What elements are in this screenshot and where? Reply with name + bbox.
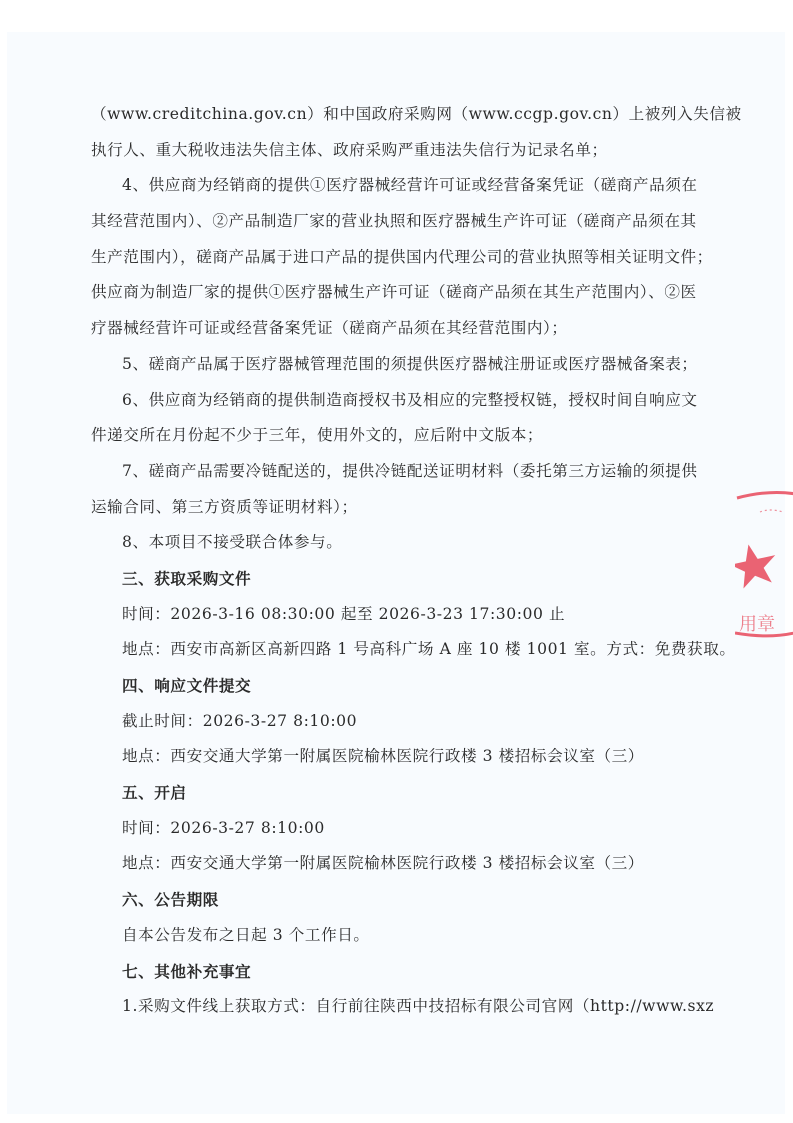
requirement-8: 8、本项目不接受联合体参与。 xyxy=(91,525,701,561)
section-heading-3: 三、获取采购文件 xyxy=(91,561,701,597)
doc-line-12: 运输合同、第三方资质等证明材料）； xyxy=(91,490,701,526)
requirement-6: 6、供应商为经销商的提供制造商授权书及相应的完整授权链，授权时间自响应文 xyxy=(91,383,701,419)
section-heading-7: 七、其他补充事宜 xyxy=(91,954,701,990)
section-heading-6: 六、公告期限 xyxy=(91,882,701,918)
doc-line-10: 件递交所在月份起不少于三年，使用外文的，应后附中文版本； xyxy=(91,418,701,454)
acquire-time: 时间：2026-3-16 08:30:00 起至 2026-3-23 17:30… xyxy=(91,597,701,633)
opening-location: 地点：西安交通大学第一附属医院榆林医院行政楼 3 楼招标会议室（三） xyxy=(91,846,701,882)
opening-time: 时间：2026-3-27 8:10:00 xyxy=(91,811,701,847)
acquire-location: 地点：西安市高新区高新四路 1 号高科广场 A 座 10 楼 1001 室。方式… xyxy=(91,632,701,668)
supplementary-item-1: 1.采购文件线上获取方式：自行前往陕西中技招标有限公司官网（http://www… xyxy=(91,989,701,1025)
submission-deadline: 截止时间：2026-3-27 8:10:00 xyxy=(91,704,701,740)
doc-line-6: 供应商为制造厂家的提供①医疗器械生产许可证（磋商产品须在其生产范围内）、②医 xyxy=(91,275,701,311)
doc-line-2: 执行人、重大税收违法失信主体、政府采购严重违法失信行为记录名单； xyxy=(91,133,701,169)
requirement-5: 5、磋商产品属于医疗器械管理范围的须提供医疗器械注册证或医疗器械备案表； xyxy=(91,347,701,383)
doc-line-1: （www.creditchina.gov.cn）和中国政府采购网（www.ccg… xyxy=(91,97,701,133)
doc-line-7: 疗器械经营许可证或经营备案凭证（磋商产品须在其经营范围内）； xyxy=(91,311,701,347)
requirement-4: 4、供应商为经销商的提供①医疗器械经营许可证或经营备案凭证（磋商产品须在 xyxy=(91,168,701,204)
notice-period: 自本公告发布之日起 3 个工作日。 xyxy=(91,918,701,954)
requirement-7: 7、磋商产品需要冷链配送的，提供冷链配送证明材料（委托第三方运输的须提供 xyxy=(91,454,701,490)
document-body: （www.creditchina.gov.cn）和中国政府采购网（www.ccg… xyxy=(91,97,701,1025)
red-star-seal-icon: 用章 xyxy=(735,490,793,640)
submission-location: 地点：西安交通大学第一附属医院榆林医院行政楼 3 楼招标会议室（三） xyxy=(91,739,701,775)
section-heading-4: 四、响应文件提交 xyxy=(91,668,701,704)
section-heading-5: 五、开启 xyxy=(91,775,701,811)
seal-text: 用章 xyxy=(739,614,775,635)
doc-line-4: 其经营范围内）、②产品制造厂家的营业执照和医疗器械生产许可证（磋商产品须在其 xyxy=(91,204,701,240)
doc-line-5: 生产范围内），磋商产品属于进口产品的提供国内代理公司的营业执照等相关证明文件； xyxy=(91,240,701,276)
